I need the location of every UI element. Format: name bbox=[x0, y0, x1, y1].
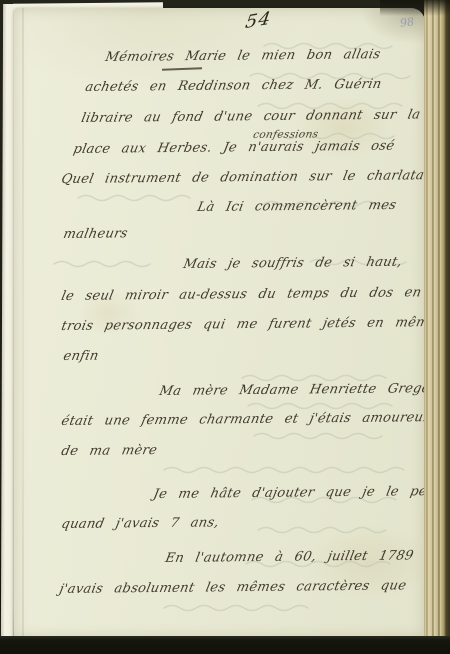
handwritten-line: Je me hâte d'ajouter que je le perdis bbox=[152, 484, 450, 502]
corner-shadow bbox=[380, 0, 450, 16]
handwritten-line: trois personnages qui me furent jetés en… bbox=[60, 315, 443, 334]
handwritten-line: le seul miroir au-dessus du temps du dos… bbox=[60, 285, 423, 304]
handwritten-line: Là Ici commencèrent mes bbox=[196, 198, 398, 215]
handwritten-line: En l'automne à 60, juillet 1789 bbox=[164, 548, 415, 566]
handwritten-line: enfin bbox=[62, 349, 100, 364]
handwritten-line: était une femme charmante et j'étais amo… bbox=[60, 410, 432, 429]
manuscript-photo: 54 98 Mémoires Marie le mien bon allais … bbox=[0, 0, 450, 654]
handwritten-line: place aux Herbes. Je n'aurais jamais osé bbox=[72, 139, 396, 157]
page-crease bbox=[22, 8, 24, 638]
handwritten-line: Mémoires Marie le mien bon allais bbox=[104, 47, 382, 65]
handwritten-line: Ma mère Madame Henriette Gregoire bbox=[158, 381, 450, 399]
handwritten-line: quand j'avais 7 ans, bbox=[60, 515, 220, 532]
book-fore-edge-pages bbox=[424, 0, 450, 640]
handwritten-line: Mais je souffris de si haut, bbox=[182, 255, 403, 272]
underline-stroke bbox=[162, 67, 202, 70]
handwritten-line: de ma mère bbox=[60, 443, 159, 459]
folio-number: 98 bbox=[399, 15, 414, 29]
handwritten-line: libraire au fond d'une cour donnant sur … bbox=[80, 107, 422, 126]
handwritten-line: j'avais absolument les mêmes caractères … bbox=[58, 578, 408, 597]
handwritten-line: malheurs bbox=[62, 226, 129, 242]
handwritten-line: achetés en Reddinson chez M. Guérin bbox=[84, 77, 383, 95]
manuscript-page: 54 98 Mémoires Marie le mien bon allais … bbox=[14, 8, 425, 638]
handwritten-line: Quel instrument de domination sur le cha… bbox=[60, 168, 439, 187]
photo-backdrop bbox=[0, 636, 450, 654]
page-number: 54 bbox=[244, 8, 273, 33]
